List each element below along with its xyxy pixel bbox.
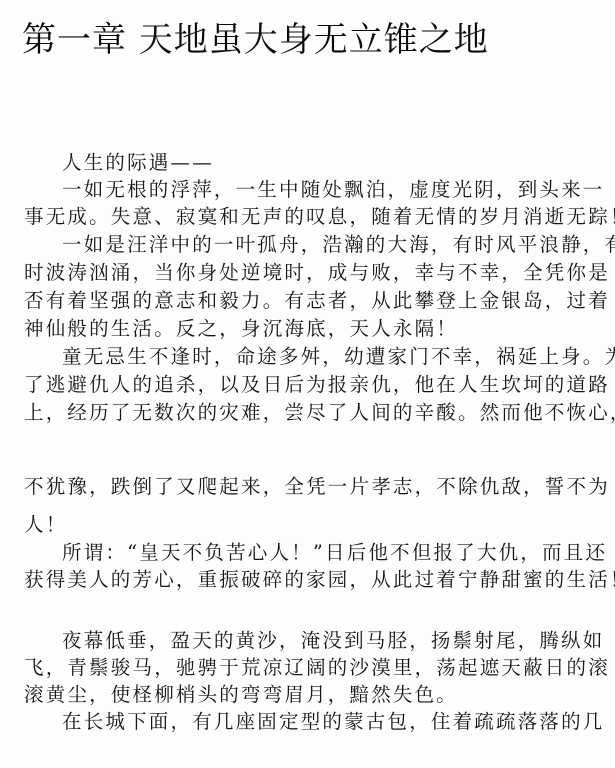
text-line: 一如是汪洋中的一叶孤舟，浩瀚的大海，有时风平浪静，有 xyxy=(62,232,615,258)
text-line: 在长城下面，有几座固定型的蒙古包，住着疏疏落落的几 xyxy=(62,709,605,735)
text-line: 事无成。失意、寂寞和无声的叹息，随着无情的岁月消逝无踪！ xyxy=(24,204,615,230)
text-line: 人生的际遇—— xyxy=(62,150,214,176)
text-line: 夜幕低垂，盈天的黄沙，淹没到马胫，扬鬃射尾，腾纵如 xyxy=(62,628,605,654)
text-line: 飞，青鬃骏马，驰骋于荒凉辽阔的沙漠里，荡起遮天蔽日的滚 xyxy=(24,655,610,681)
book-page: 第一章 天地虽大身无立锥之地 人生的际遇——一如无根的浮萍，一生中随处飘泊，虚度… xyxy=(0,0,615,768)
text-line: 不犹豫，跌倒了又爬起来，全凭一片孝志，不除仇敌，誓不为 xyxy=(24,474,610,500)
text-line: 了逃避仇人的追杀，以及日后为报亲仇，他在人生坎坷的道路 xyxy=(24,372,610,398)
text-line: 否有着坚强的意志和毅力。有志者，从此攀登上金银岛，过着 xyxy=(24,288,610,314)
text-line: 神仙般的生活。反之，身沉海底，天人永隔！ xyxy=(24,316,458,342)
text-line: 上，经历了无数次的灾难，尝尽了人间的辛酸。然而他不恢心， xyxy=(24,400,615,426)
text-line: 滚黄尘，使柽柳梢头的弯弯眉月，黯然失色。 xyxy=(24,682,458,708)
text-line: 所谓：“皇天不负苦心人！”日后他不但报了大仇，而且还 xyxy=(62,540,607,566)
text-line: 时波涛汹涌，当你身处逆境时，成与败，幸与不幸，全凭你是 xyxy=(24,260,610,286)
text-line: 获得美人的芳心，重振破碎的家园，从此过着宁静甜蜜的生活！ xyxy=(24,567,615,593)
text-line: 童无忌生不逢时，命途多舛，幼遭家门不幸，祸延上身。为 xyxy=(62,344,615,370)
text-line: 一如无根的浮萍，一生中随处飘泊，虚度光阴，到头来一 xyxy=(62,177,605,203)
text-line: 人！ xyxy=(24,512,67,538)
chapter-title: 第一章 天地虽大身无立锥之地 xyxy=(22,18,489,62)
